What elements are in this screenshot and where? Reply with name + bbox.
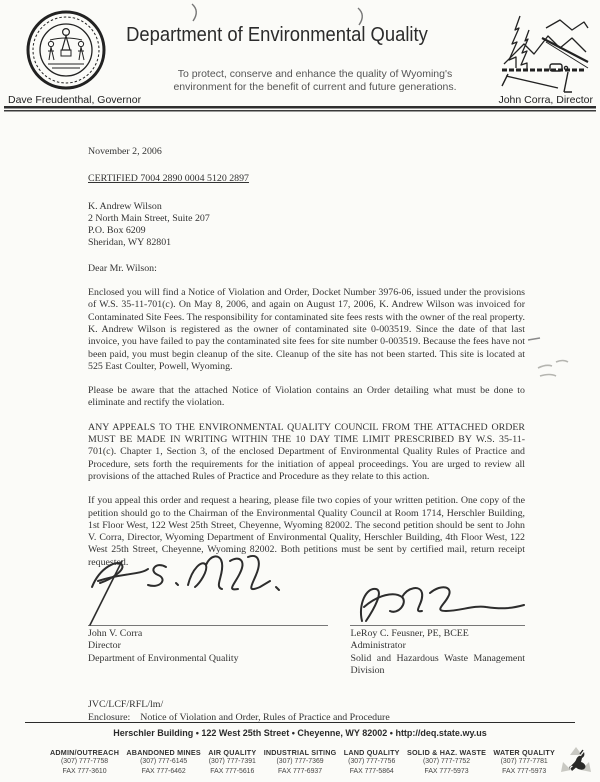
mountain-landscape-icon (498, 8, 590, 101)
recipient-pobox: P.O. Box 6209 (88, 225, 525, 237)
signature-line (88, 585, 328, 626)
contact-air-quality: AIR QUALITY (307) 777-7391 FAX 777-5616 (208, 748, 256, 776)
feusner-signature (350, 581, 530, 629)
reference-initials: JVC/LCF/RFL/lm/ (88, 699, 525, 711)
signature-line (350, 585, 525, 626)
pencil-mark-artifact (520, 330, 590, 390)
tagline-line-1: To protect, conserve and enhance the qua… (140, 68, 490, 81)
recipient-address-block: K. Andrew Wilson 2 North Main Street, Su… (88, 201, 525, 250)
footer-address: Herschler Building • 122 West 25th Stree… (0, 728, 600, 738)
agency-tagline: To protect, conserve and enhance the qua… (140, 68, 490, 93)
wyoming-state-seal-icon (26, 6, 106, 99)
contact-land-quality: LAND QUALITY (307) 777-7756 FAX 777-5864 (344, 748, 400, 776)
enclosure-label: Enclosure: (88, 712, 130, 723)
scan-artifact (186, 2, 208, 24)
letter-body: November 2, 2006 CERTIFIED 7004 2890 000… (88, 146, 525, 724)
recipient-name: K. Andrew Wilson (88, 201, 525, 213)
signer-org: Department of Environmental Quality (88, 653, 328, 665)
letter-date: November 2, 2006 (88, 146, 525, 158)
recipient-street: 2 North Main Street, Suite 207 (88, 213, 525, 225)
paragraph-notice: Enclosed you will find a Notice of Viola… (88, 287, 525, 373)
enclosure-text: Notice of Violation and Order, Rules of … (140, 712, 389, 723)
header-divider (4, 106, 596, 112)
contact-industrial-siting: INDUSTRIAL SITING (307) 777-7369 FAX 777… (264, 748, 337, 776)
signer-name: LeRoy C. Feusner, PE, BCEE (350, 628, 525, 640)
footer-divider (25, 722, 575, 723)
signature-row: John V. Corra Director Department of Env… (88, 585, 525, 677)
governor-name: Dave Freudenthal, Governor (8, 94, 141, 106)
signer-org: Solid and Hazardous Waste Management Div… (350, 653, 525, 678)
tagline-line-2: environment for the benefit of current a… (140, 81, 490, 94)
signer-title: Director (88, 640, 328, 652)
contact-abandoned-mines: ABANDONED MINES (307) 777-6145 FAX 777-6… (126, 748, 200, 776)
recipient-city: Sheridan, WY 82801 (88, 237, 525, 249)
signature-block-feusner: LeRoy C. Feusner, PE, BCEE Administrator… (350, 585, 525, 677)
paragraph-order: Please be aware that the attached Notice… (88, 385, 525, 410)
signer-name: John V. Corra (88, 628, 328, 640)
signer-title: Administrator (350, 640, 525, 652)
contact-solid-haz-waste: SOLID & HAZ. WASTE (307) 777-7752 FAX 77… (407, 748, 486, 776)
paragraph-appeals: ANY APPEALS TO THE ENVIRONMENTAL QUALITY… (88, 422, 525, 483)
certified-mail-number: CERTIFIED 7004 2890 0004 5120 2897 (88, 173, 525, 185)
bucking-horse-recycle-icon (558, 746, 594, 782)
footer-contacts: ADMIN/OUTREACH (307) 777-7758 FAX 777-36… (50, 748, 555, 776)
signature-block-corra: John V. Corra Director Department of Env… (88, 585, 328, 677)
scanned-letter-page: Department of Environmental Quality To p… (0, 0, 600, 782)
salutation: Dear Mr. Wilson: (88, 263, 525, 275)
agency-title: Department of Environmental Quality (112, 24, 442, 47)
contact-admin-outreach: ADMIN/OUTREACH (307) 777-7758 FAX 777-36… (50, 748, 119, 776)
corra-signature (88, 551, 336, 629)
contact-water-quality: WATER QUALITY (307) 777-7781 FAX 777-597… (493, 748, 555, 776)
